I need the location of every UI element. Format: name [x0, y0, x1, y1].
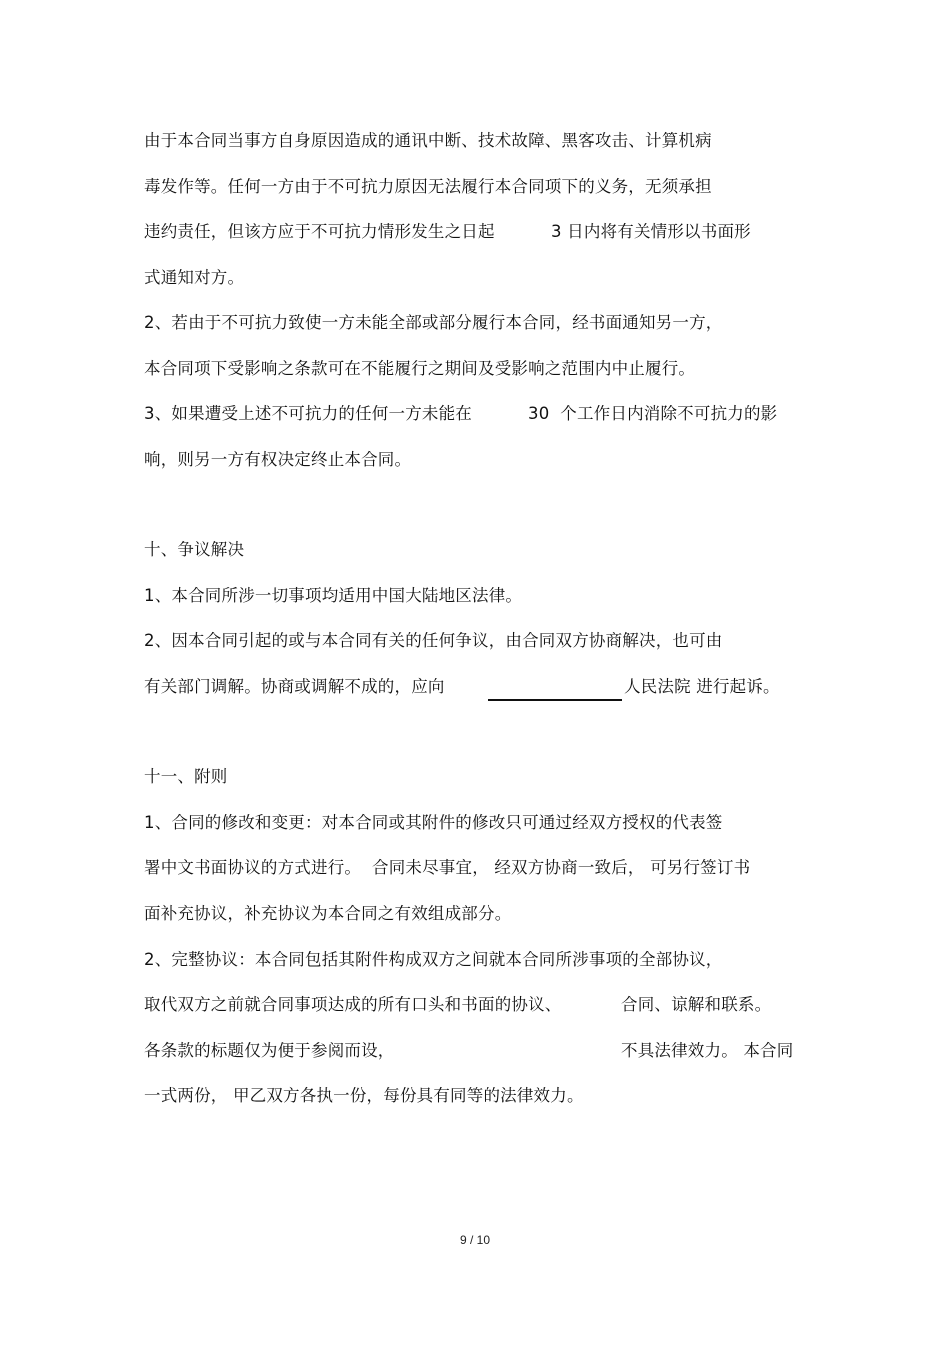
clause-line: 2、因本合同引起的或与本合同有关的任何争议，由合同双方协商解决，也可由 [144, 630, 723, 652]
paragraph-line: 违约责任，但该方应于不可抗力情形发生之日起 [144, 221, 495, 243]
clause-line-segment: 合同、谅解和联系。 [621, 994, 771, 1016]
clause-line-segment: 不具法律效力。 本合同 [621, 1040, 793, 1062]
page-number: 9 / 10 [0, 1233, 950, 1247]
clause-line: 有关部门调解。协商或调解不成的，应向 [144, 676, 445, 698]
clause-line: 各条款的标题仅为便于参阅而设， [144, 1040, 395, 1062]
clause-line: 一式两份， 甲乙双方各执一份，每份具有同等的法律效力。 [144, 1085, 584, 1107]
clause-line: 2、完整协议：本合同包括其附件构成双方之间就本合同所涉事项的全部协议， [144, 949, 723, 971]
section-heading-dispute-resolution: 十、争议解决 [144, 539, 244, 561]
clause-line: 本合同项下受影响之条款可在不能履行之期间及受影响之范围内中止履行。 [144, 358, 695, 380]
clause-line: 1、合同的修改和变更：对本合同或其附件的修改只可通过经双方授权的代表签 [144, 812, 723, 834]
clause-line: 面补充协议，补充协议为本合同之有效组成部分。 [144, 903, 511, 925]
court-name-blank[interactable] [488, 699, 622, 701]
clause-line: 署中文书面协议的方式进行。 合同未尽事宜， 经双方协商一致后， 可另行签订书 [144, 857, 750, 879]
clause-line: 取代双方之前就合同事项达成的所有口头和书面的协议、 [144, 994, 562, 1016]
clause-line: 2、若由于不可抗力致使一方未能全部或部分履行本合同，经书面通知另一方， [144, 312, 723, 334]
clause-line-segment: 人民法院 进行起诉。 [624, 676, 780, 698]
clause-line: 响，则另一方有权决定终止本合同。 [144, 449, 411, 471]
paragraph-line: 式通知对方。 [144, 267, 244, 289]
section-heading-supplementary-provisions: 十一、附则 [144, 766, 228, 788]
clause-line: 1、本合同所涉一切事项均适用中国大陆地区法律。 [144, 585, 522, 607]
clause-line-segment: 30 个工作日内消除不可抗力的影 [528, 403, 777, 425]
clause-line: 3、如果遭受上述不可抗力的任何一方未能在 [144, 403, 472, 425]
paragraph-line: 由于本合同当事方自身原因造成的通讯中断、技术故障、黑客攻击、计算机病 [144, 130, 712, 152]
paragraph-line: 毒发作等。任何一方由于不可抗力原因无法履行本合同项下的义务，无须承担 [144, 176, 712, 198]
paragraph-line-segment: 3 日内将有关情形以书面形 [551, 221, 751, 243]
